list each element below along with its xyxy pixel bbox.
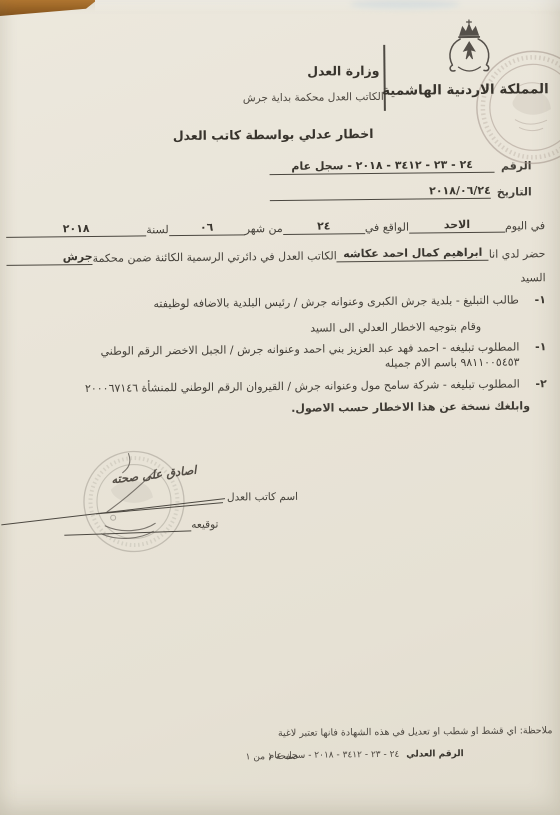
item-text: المطلوب تبليغه - شركة سامح مول وعنوانه ج… (52, 377, 520, 396)
item-text: طالب التبليغ - بلدية جرش الكبرى وعنوانه … (39, 293, 519, 313)
item-text: المطلوب تبليغه - احمد فهد عبد العزيز بني… (51, 340, 519, 374)
directed-statement: وقام بتوجيه الاخطار العدلي الى السيد (310, 320, 481, 335)
court-value: جرش (6, 250, 92, 266)
list-item-requester: ١- طالب التبليغ - بلدية جرش الكبرى وعنوا… (39, 293, 546, 313)
notary-name-label: اسم كاتب العدل (227, 491, 298, 504)
list-item-notified-2: ٢- المطلوب تبليغه - شركة سامح مول وعنوان… (52, 377, 547, 397)
notary-description-label: الكاتب العدل في دائرتي الرسمية الكائنة ض… (93, 249, 337, 265)
ministry-title: وزارة العدل (307, 63, 379, 79)
header-divider (383, 45, 385, 111)
date-value: ٢٠١٨/٠٦/٢٤ (270, 184, 491, 201)
date-label: التاريخ (497, 185, 532, 198)
page-number: صفحة ١ من ١ (246, 752, 299, 763)
number-value: ٢٤ - ٢٣ - ٣٤١٢ - ٢٠١٨ - سجل عام (269, 158, 495, 175)
year-value: ٢٠١٨ (6, 221, 146, 237)
mister-label: السيد (520, 271, 545, 284)
month-value: ٠٦ (169, 220, 245, 236)
item-marker: ٢- (520, 377, 547, 392)
document-content: المملكة الاردنية الهاشمية وزارة العدل ال… (0, 0, 560, 815)
day-line-row: في اليوم الاحد الواقع في ٢٤ من شهر ٠٦ لس… (6, 217, 545, 238)
date-row: التاريخ ٢٠١٨/٠٦/٢٤ (270, 183, 532, 201)
signature-lines (1, 488, 242, 541)
year-label: لسنة (146, 223, 169, 236)
footer-ref-label: الرقم العدلي (406, 749, 463, 760)
item-marker: ١- (519, 340, 546, 355)
appeared-label: حضر لدي انا (489, 247, 546, 261)
list-item-notified-1: ١- المطلوب تبليغه - احمد فهد عبد العزيز … (51, 340, 546, 374)
scanned-document-page: المملكة الاردنية الهاشمية وزارة العدل ال… (0, 0, 560, 815)
day-number-value: ٢٤ (283, 219, 365, 235)
appearance-row: حضر لدي انا ابراهيم كمال احمد عكاشه الكا… (6, 245, 545, 266)
footer-note: ملاحظة: اي قشط او شطب او تعديل في هذه ال… (278, 725, 553, 739)
day-value: الاحد (409, 218, 505, 234)
jordan-coat-of-arms-icon (439, 18, 500, 77)
falling-label: الواقع في (365, 221, 409, 234)
document-title: اخطار عدلي بواسطة كاتب العدل (147, 126, 399, 144)
notary-office-title: الكاتب العدل محكمة بداية جرش (243, 91, 384, 104)
signature-label: توقيعه (191, 519, 218, 531)
notary-name-value: ابراهيم كمال احمد عكاشه (337, 246, 489, 263)
month-label: من شهر (245, 222, 283, 235)
day-label: في اليوم (505, 219, 545, 232)
item-marker: ١- (519, 293, 546, 308)
kingdom-title: المملكة الاردنية الهاشمية (382, 81, 549, 99)
closing-statement: وابلغك نسخة عن هذا الاخطار حسب الاصول. (291, 399, 530, 414)
